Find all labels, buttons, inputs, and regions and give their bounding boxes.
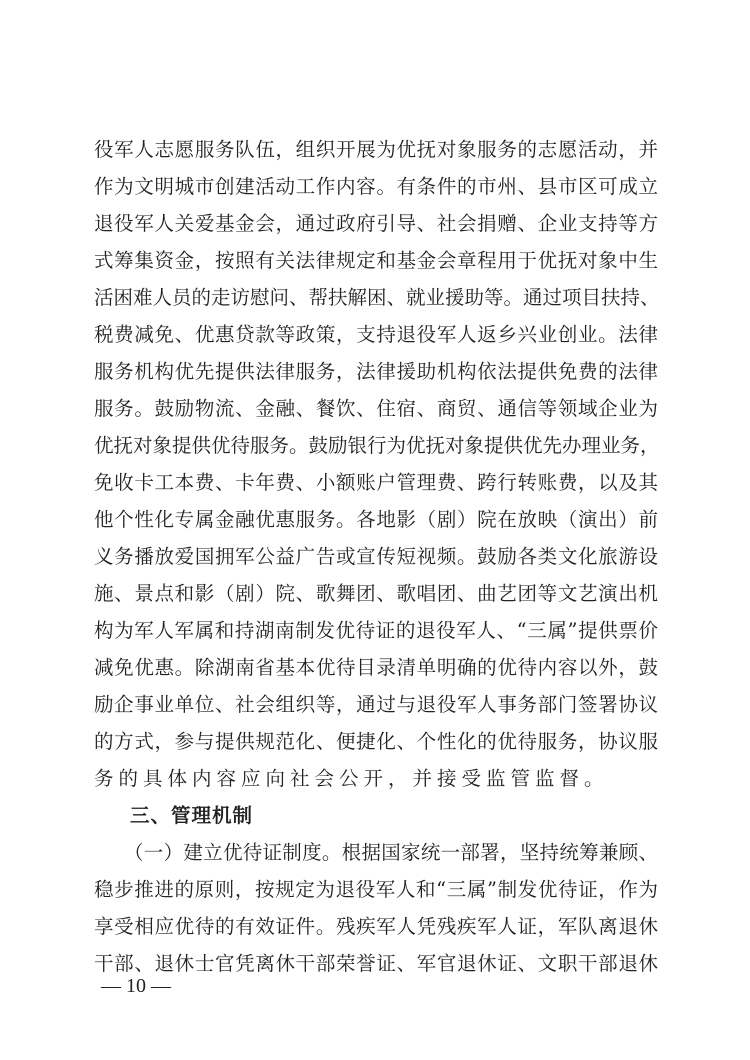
text-line: 的方式，参与提供规范化、便捷化、个性化的优待服务，协议服 (94, 723, 658, 760)
text-line: 义务播放爱国拥军公益广告或宣传短视频。鼓励各类文化旅游设 (94, 538, 658, 575)
text-line: 稳步推进的原则，按规定为退役军人和“三属”制发优待证，作为 (94, 871, 658, 908)
text-line: 干部、退休士官凭离休干部荣誉证、军官退休证、文职干部退休 (94, 945, 658, 982)
text-line: （一）建立优待证制度。根据国家统一部署，坚持统筹兼顾、 (94, 834, 658, 871)
page-number: — 10 — (101, 975, 171, 998)
text-line: 役军人志愿服务队伍，组织开展为优抚对象服务的志愿活动，并 (94, 131, 658, 168)
section-heading: 三、管理机制 (94, 797, 658, 834)
text-line: 退役军人关爱基金会，通过政府引导、社会捐赠、企业支持等方 (94, 205, 658, 242)
document-page: 役军人志愿服务队伍，组织开展为优抚对象服务的志愿活动，并 作为文明城市创建活动工… (0, 0, 750, 1060)
text-line: 享受相应优待的有效证件。残疾军人凭残疾军人证，军队离退休 (94, 908, 658, 945)
text-line: 服务。鼓励物流、金融、餐饮、住宿、商贸、通信等领域企业为 (94, 390, 658, 427)
text-line: 施、景点和影（剧）院、歌舞团、歌唱团、曲艺团等文艺演出机 (94, 575, 658, 612)
text-line: 构为军人军属和持湖南制发优待证的退役军人、“三属”提供票价 (94, 612, 658, 649)
text-line: 服务机构优先提供法律服务，法律援助机构依法提供免费的法律 (94, 353, 658, 390)
text-line: 他个性化专属金融优惠服务。各地影（剧）院在放映（演出）前 (94, 501, 658, 538)
text-line: 作为文明城市创建活动工作内容。有条件的市州、县市区可成立 (94, 168, 658, 205)
text-line: 励企事业单位、社会组织等，通过与退役军人事务部门签署协议 (94, 686, 658, 723)
text-line: 务的具体内容应向社会公开，并接受监管监督。 (94, 760, 658, 797)
text-line: 式筹集资金，按照有关法律规定和基金会章程用于优抚对象中生 (94, 242, 658, 279)
body-text: 役军人志愿服务队伍，组织开展为优抚对象服务的志愿活动，并 作为文明城市创建活动工… (94, 131, 658, 982)
text-line: 减免优惠。除湖南省基本优待目录清单明确的优待内容以外，鼓 (94, 649, 658, 686)
text-line: 活困难人员的走访慰问、帮扶解困、就业援助等。通过项目扶持、 (94, 279, 658, 316)
text-line: 优抚对象提供优待服务。鼓励银行为优抚对象提供优先办理业务， (94, 427, 658, 464)
text-line: 税费减免、优惠贷款等政策，支持退役军人返乡兴业创业。法律 (94, 316, 658, 353)
text-line: 免收卡工本费、卡年费、小额账户管理费、跨行转账费，以及其 (94, 464, 658, 501)
